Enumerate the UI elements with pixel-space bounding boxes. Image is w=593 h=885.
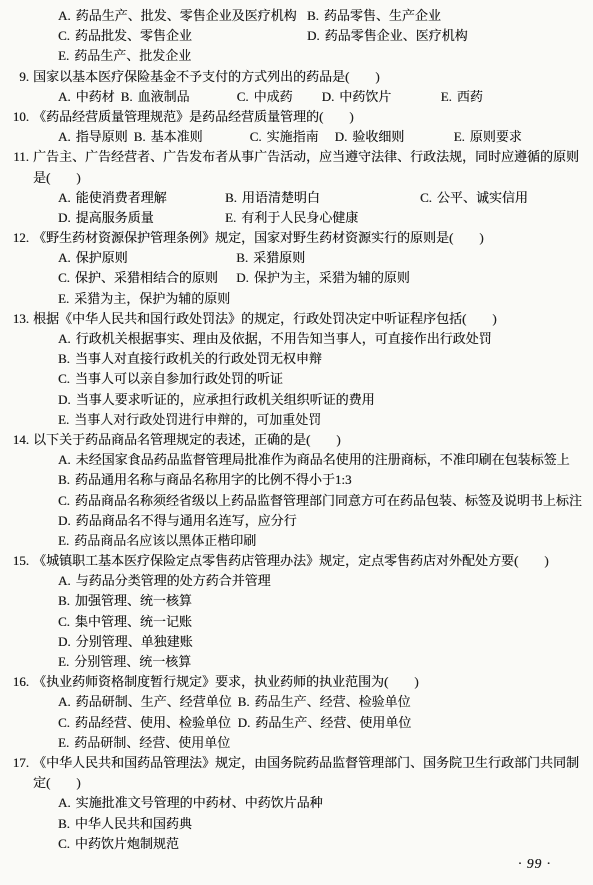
option-item: E.当事人对行政处罚进行申辩的，可加重处罚 — [0, 410, 593, 430]
option-text: 中药饮片炮制规范 — [75, 836, 179, 851]
question-block: 14.以下关于药品商品名管理规定的表述，正确的是( )A.未经国家食品药品监督管… — [0, 430, 593, 551]
option-label: D. — [58, 210, 71, 225]
option-label: C. — [58, 270, 70, 285]
option-label: C. — [58, 493, 70, 508]
option-text: 药品生产、批发企业 — [74, 48, 191, 63]
question-block: 11.广告主、广告经营者、广告发布者从事广告活动，应当遵守法律、行政法规，同时应… — [0, 147, 593, 228]
option-item: E.采猎为主，保护为辅的原则 — [58, 289, 230, 309]
option-text: 血液制品 — [138, 89, 190, 104]
option-item: A.药品生产、批发、零售企业及医疗机构 — [58, 6, 301, 26]
option-label: D. — [58, 392, 71, 407]
question-number: 13. — [0, 309, 29, 329]
option-label: D. — [236, 270, 249, 285]
option-item: B.药品通用名称与商品名称用字的比例不得小于1:3 — [0, 470, 593, 490]
option-label: E. — [58, 291, 69, 306]
question-stem-continued: 是( ) — [0, 168, 593, 188]
option-label: C. — [250, 129, 262, 144]
option-text: 指导原则 — [76, 129, 128, 144]
stem-text: 《执业药师资格制度暂行规定》要求，执业药师的执业范围为( ) — [33, 674, 419, 689]
options-grid: A.药品生产、批发、零售企业及医疗机构B.药品零售、生产企业C.药品批发、零售企… — [0, 6, 593, 67]
option-label: B. — [58, 816, 70, 831]
question-block: 9.国家以基本医疗保险基金不予支付的方式列出的药品是( )A.中药材B.血液制品… — [0, 67, 593, 107]
option-item: A.中药材 — [58, 87, 115, 107]
question-number: 14. — [0, 430, 29, 450]
option-text: 采猎原则 — [253, 250, 305, 265]
option-label: B. — [134, 129, 146, 144]
question-stem: 11.广告主、广告经营者、广告发布者从事广告活动，应当遵守法律、行政法规，同时应… — [0, 147, 593, 167]
option-item: B.血液制品 — [121, 87, 231, 107]
option-label: A. — [58, 250, 71, 265]
stem-text: 《城镇职工基本医疗保险定点零售药店管理办法》规定，定点零售药店对外配处方要( ) — [33, 553, 549, 568]
option-label: A. — [58, 452, 71, 467]
question-stem: 15.《城镇职工基本医疗保险定点零售药店管理办法》规定，定点零售药店对外配处方要… — [0, 551, 593, 571]
option-item: E.有利于人民身心健康 — [225, 208, 414, 228]
option-label: E. — [58, 735, 69, 750]
option-text: 药品生产、经营、检验单位 — [255, 694, 411, 709]
question-stem-continued: 定( ) — [0, 773, 593, 793]
option-item: C.实施指南 — [250, 127, 329, 147]
option-text: 未经国家食品药品监督管理局批准作为商品名使用的注册商标，不准印刷在包装标签上 — [76, 452, 570, 467]
option-text: 分别管理、单独建账 — [76, 634, 193, 649]
option-text: 实施指南 — [267, 129, 319, 144]
option-label: B. — [236, 250, 248, 265]
option-item: E.药品生产、批发企业 — [58, 46, 301, 66]
option-label: A. — [58, 89, 71, 104]
option-text: 药品零售企业、医疗机构 — [325, 28, 468, 43]
option-item: E.原则要求 — [454, 127, 593, 147]
option-text: 中华人民共和国药典 — [75, 816, 192, 831]
option-label: B. — [121, 89, 133, 104]
option-label: A. — [58, 331, 71, 346]
option-label: B. — [238, 694, 250, 709]
option-text: 中药材 — [76, 89, 115, 104]
options-grid: A.药品研制、生产、经营单位B.药品生产、经营、检验单位C.药品经营、使用、检验… — [0, 692, 593, 753]
option-item: D.药品零售企业、医疗机构 — [307, 26, 593, 46]
options-grid: A.保护原则B.采猎原则C.保护、采猎相结合的原则D.保护为主，采猎为辅的原则E… — [0, 248, 593, 309]
question-number: 12. — [0, 228, 29, 248]
option-text: 保护原则 — [76, 250, 128, 265]
options-block-continued: A.药品生产、批发、零售企业及医疗机构B.药品零售、生产企业C.药品批发、零售企… — [0, 6, 593, 67]
question-number: 16. — [0, 672, 29, 692]
option-item: B.当事人对直接行政机关的行政处罚无权申辩 — [0, 349, 593, 369]
option-item: C.药品批发、零售企业 — [58, 26, 301, 46]
option-label: C. — [237, 89, 249, 104]
question-block: 17.《中华人民共和国药品管理法》规定，由国务院药品监督管理部门、国务院卫生行政… — [0, 753, 593, 854]
option-text: 药品生产、经营、使用单位 — [255, 715, 411, 730]
option-item: C.公平、诚实信用 — [420, 188, 593, 208]
option-label: E. — [58, 48, 69, 63]
option-item: E.药品研制、经营、使用单位 — [58, 733, 232, 753]
option-item: A.药品研制、生产、经营单位 — [58, 692, 232, 712]
option-text: 能使消费者理解 — [76, 190, 167, 205]
stem-text: 《野生药材资源保护管理条例》规定，国家对野生药材资源实行的原则是( ) — [33, 230, 484, 245]
option-label: E. — [454, 129, 465, 144]
option-label: C. — [58, 614, 70, 629]
option-text: 集中管理、统一记账 — [75, 614, 192, 629]
option-item: A.与药品分类管理的处方药合并管理 — [0, 571, 593, 591]
option-label: C. — [58, 715, 70, 730]
question-block: 13.根据《中华人民共和国行政处罚法》的规定，行政处罚决定中听证程序包括( )A… — [0, 309, 593, 430]
option-text: 当事人对直接行政机关的行政处罚无权申辩 — [75, 351, 322, 366]
option-item: A.保护原则 — [58, 248, 230, 268]
stem-text: 根据《中华人民共和国行政处罚法》的规定，行政处罚决定中听证程序包括( ) — [33, 311, 497, 326]
stem-text: 《中华人民共和国药品管理法》规定，由国务院药品监督管理部门、国务院卫生行政部门共… — [33, 755, 579, 770]
option-label: A. — [58, 573, 71, 588]
option-text: 实施批准文号管理的中药材、中药饮片品种 — [76, 795, 323, 810]
option-text: 用语清楚明白 — [242, 190, 320, 205]
option-item: C.集中管理、统一记账 — [0, 612, 593, 632]
option-label: E. — [58, 533, 69, 548]
option-text: 药品研制、经营、使用单位 — [74, 735, 230, 750]
option-text: 当事人要求听证的，应承担行政机关组织听证的费用 — [76, 392, 375, 407]
exam-page: A.药品生产、批发、零售企业及医疗机构B.药品零售、生产企业C.药品批发、零售企… — [0, 0, 593, 885]
option-item: A.指导原则 — [58, 127, 128, 147]
option-text: 药品经营、使用、检验单位 — [75, 715, 231, 730]
question-block: 16.《执业药师资格制度暂行规定》要求，执业药师的执业范围为( )A.药品研制、… — [0, 672, 593, 753]
option-item: B.用语清楚明白 — [225, 188, 414, 208]
option-label: B. — [58, 593, 70, 608]
question-stem: 13.根据《中华人民共和国行政处罚法》的规定，行政处罚决定中听证程序包括( ) — [0, 309, 593, 329]
option-label: A. — [58, 795, 71, 810]
option-item: D.当事人要求听证的，应承担行政机关组织听证的费用 — [0, 390, 593, 410]
option-text: 公平、诚实信用 — [437, 190, 528, 205]
option-label: B. — [307, 8, 319, 23]
option-text: 与药品分类管理的处方药合并管理 — [76, 573, 271, 588]
option-item: B.中华人民共和国药典 — [0, 814, 593, 834]
question-list: A.药品生产、批发、零售企业及医疗机构B.药品零售、生产企业C.药品批发、零售企… — [0, 6, 593, 854]
option-label: A. — [58, 694, 71, 709]
option-item: B.加强管理、统一核算 — [0, 591, 593, 611]
option-label: A. — [58, 190, 71, 205]
stem-text: 定( ) — [33, 775, 81, 790]
stem-text: 国家以基本医疗保险基金不予支付的方式列出的药品是( ) — [33, 69, 380, 84]
option-label: D. — [58, 634, 71, 649]
option-text: 提高服务质量 — [76, 210, 154, 225]
stem-text: 以下关于药品商品名管理规定的表述，正确的是( ) — [33, 432, 341, 447]
option-label: D. — [307, 28, 320, 43]
option-item: B.药品零售、生产企业 — [307, 6, 593, 26]
option-label: D. — [335, 129, 348, 144]
option-text: 药品研制、生产、经营单位 — [76, 694, 232, 709]
question-number: 10. — [0, 107, 29, 127]
option-text: 采猎为主，保护为辅的原则 — [74, 291, 230, 306]
question-number: 15. — [0, 551, 29, 571]
option-item: A.行政机关根据事实、理由及依据，不用告知当事人，可直接作出行政处罚 — [0, 329, 593, 349]
question-stem: 12.《野生药材资源保护管理条例》规定，国家对野生药材资源实行的原则是( ) — [0, 228, 593, 248]
question-block: 15.《城镇职工基本医疗保险定点零售药店管理办法》规定，定点零售药店对外配处方要… — [0, 551, 593, 672]
option-item: C.中成药 — [237, 87, 316, 107]
option-label: C. — [420, 190, 432, 205]
option-item: D.验收细则 — [335, 127, 448, 147]
stem-text: 广告主、广告经营者、广告发布者从事广告活动，应当遵守法律、行政法规，同时应遵循的… — [33, 149, 579, 164]
option-text: 原则要求 — [470, 129, 522, 144]
option-label: C. — [58, 836, 70, 851]
option-label: B. — [225, 190, 237, 205]
option-label: D. — [238, 715, 251, 730]
option-item: D.药品生产、经营、使用单位 — [238, 713, 593, 733]
option-label: D. — [322, 89, 335, 104]
option-text: 基本准则 — [151, 129, 203, 144]
option-item: C.中药饮片炮制规范 — [0, 834, 593, 854]
question-number: 11. — [0, 147, 29, 167]
question-block: 10.《药品经营质量管理规范》是药品经营质量管理的( )A.指导原则B.基本准则… — [0, 107, 593, 147]
question-number: 9. — [0, 67, 29, 87]
option-item: C.药品经营、使用、检验单位 — [58, 713, 232, 733]
option-label: E. — [58, 412, 69, 427]
option-item: A.未经国家食品药品监督管理局批准作为商品名使用的注册商标，不准印刷在包装标签上 — [0, 450, 593, 470]
option-item: B.基本准则 — [134, 127, 244, 147]
option-label: B. — [58, 351, 70, 366]
option-text: 药品批发、零售企业 — [75, 28, 192, 43]
page-number: · 99 · — [518, 856, 551, 872]
option-label: E. — [225, 210, 236, 225]
option-item: C.药品商品名称须经省级以上药品监督管理部门同意方可在药品包装、标签及说明书上标… — [0, 491, 593, 511]
option-item: C.当事人可以亲自参加行政处罚的听证 — [0, 369, 593, 389]
option-text: 保护为主，采猎为辅的原则 — [254, 270, 410, 285]
question-stem: 10.《药品经营质量管理规范》是药品经营质量管理的( ) — [0, 107, 593, 127]
question-stem: 17.《中华人民共和国药品管理法》规定，由国务院药品监督管理部门、国务院卫生行政… — [0, 753, 593, 773]
option-item: D.药品商品名不得与通用名连写，应分行 — [0, 511, 593, 531]
option-label: C. — [58, 28, 70, 43]
option-text: 药品商品名应该以黑体正楷印刷 — [74, 533, 256, 548]
option-label: B. — [58, 472, 70, 487]
options-grid: A.能使消费者理解B.用语清楚明白C.公平、诚实信用D.提高服务质量E.有利于人… — [0, 188, 593, 228]
option-text: 当事人可以亲自参加行政处罚的听证 — [75, 371, 283, 386]
option-text: 分别管理、统一核算 — [74, 654, 191, 669]
option-item: D.分别管理、单独建账 — [0, 632, 593, 652]
stem-text: 《药品经营质量管理规范》是药品经营质量管理的( ) — [33, 109, 354, 124]
option-item: B.药品生产、经营、检验单位 — [238, 692, 593, 712]
option-text: 药品生产、批发、零售企业及医疗机构 — [76, 8, 297, 23]
option-label: D. — [58, 513, 71, 528]
question-stem: 16.《执业药师资格制度暂行规定》要求，执业药师的执业范围为( ) — [0, 672, 593, 692]
option-text: 中成药 — [254, 89, 293, 104]
option-label: E. — [58, 654, 69, 669]
question-number: 17. — [0, 753, 29, 773]
option-text: 行政机关根据事实、理由及依据，不用告知当事人，可直接作出行政处罚 — [76, 331, 492, 346]
option-label: A. — [58, 8, 71, 23]
options-grid: A.指导原则B.基本准则C.实施指南D.验收细则E.原则要求 — [0, 127, 593, 147]
option-item: E.西药 — [441, 87, 593, 107]
option-item: A.实施批准文号管理的中药材、中药饮片品种 — [0, 793, 593, 813]
option-text: 验收细则 — [352, 129, 404, 144]
option-text: 有利于人民身心健康 — [241, 210, 358, 225]
stem-text: 是( ) — [33, 170, 81, 185]
option-item: A.能使消费者理解 — [58, 188, 219, 208]
option-label: E. — [441, 89, 452, 104]
option-label: A. — [58, 129, 71, 144]
question-stem: 9.国家以基本医疗保险基金不予支付的方式列出的药品是( ) — [0, 67, 593, 87]
option-item: E.药品商品名应该以黑体正楷印刷 — [0, 531, 593, 551]
option-text: 药品零售、生产企业 — [324, 8, 441, 23]
option-text: 加强管理、统一核算 — [75, 593, 192, 608]
question-block: 12.《野生药材资源保护管理条例》规定，国家对野生药材资源实行的原则是( )A.… — [0, 228, 593, 309]
option-text: 西药 — [457, 89, 483, 104]
option-item: D.提高服务质量 — [58, 208, 219, 228]
option-item: D.中药饮片 — [322, 87, 435, 107]
question-stem: 14.以下关于药品商品名管理规定的表述，正确的是( ) — [0, 430, 593, 450]
option-text: 保护、采猎相结合的原则 — [75, 270, 218, 285]
option-text: 中药饮片 — [339, 89, 391, 104]
option-item: C.保护、采猎相结合的原则 — [58, 268, 230, 288]
option-item: B.采猎原则 — [236, 248, 593, 268]
option-item: E.分别管理、统一核算 — [0, 652, 593, 672]
option-text: 药品商品名不得与通用名连写，应分行 — [76, 513, 297, 528]
option-item: D.保护为主，采猎为辅的原则 — [236, 268, 593, 288]
option-text: 当事人对行政处罚进行申辩的，可加重处罚 — [74, 412, 321, 427]
option-text: 药品通用名称与商品名称用字的比例不得小于1:3 — [75, 472, 352, 487]
option-label: C. — [58, 371, 70, 386]
option-text: 药品商品名称须经省级以上药品监督管理部门同意方可在药品包装、标签及说明书上标注 — [75, 493, 582, 508]
options-grid: A.中药材B.血液制品C.中成药D.中药饮片E.西药 — [0, 87, 593, 107]
